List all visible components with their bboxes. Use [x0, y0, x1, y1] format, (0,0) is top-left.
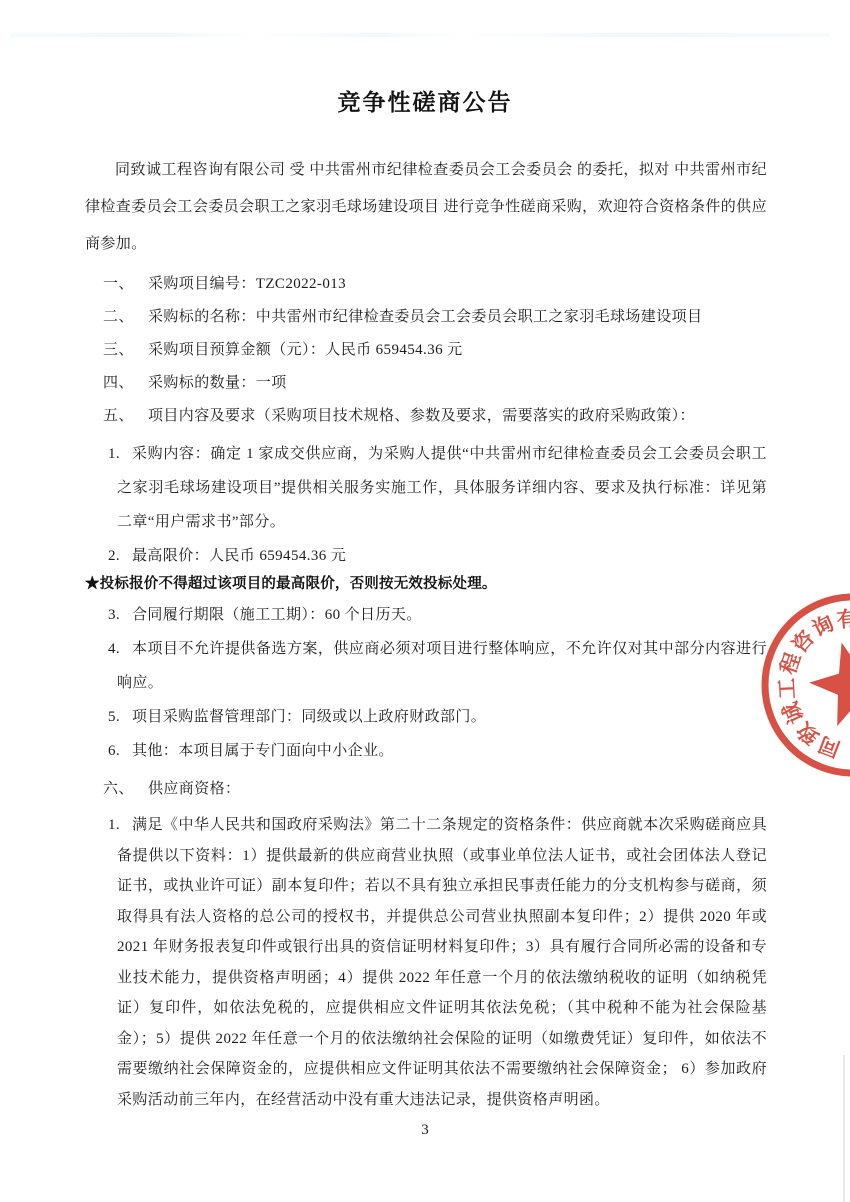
- sub-item-text: 满足《中华人民共和国政府采购法》第二十二条规定的资格条件：供应商就本次采购磋商应…: [117, 817, 767, 1108]
- list-item-label: 六、: [103, 777, 148, 801]
- sub-item-number: 1.: [108, 810, 120, 841]
- svg-text:咨: 咨: [787, 626, 819, 658]
- document-body: 同致诚工程咨询有限公司 受 中共雷州市纪律检查委员会工会委员会 的委托，拟对 中…: [85, 152, 767, 1115]
- list-item: 三、采购项目预算金额（元）：人民币 659454.36 元: [85, 338, 767, 362]
- section5-subitems: 1. 采购内容：确定 1 家成交供应商，为采购人提供“中共雷州市纪律检查委员会工…: [85, 437, 767, 768]
- sub-item: 5. 项目采购监督管理部门：同级或以上政府财政部门。: [85, 700, 767, 734]
- svg-text:有: 有: [836, 606, 850, 632]
- sub-item-text: 本项目不允许提供备选方案，供应商必须对项目进行整体响应，不允许仅对其中部分内容进…: [117, 641, 767, 691]
- sub-item: 4. 本项目不允许提供备选方案，供应商必须对项目进行整体响应，不允许仅对其中部分…: [85, 632, 767, 700]
- svg-text:诚: 诚: [778, 698, 809, 727]
- list-item: 四、采购标的数量：一项: [85, 371, 767, 395]
- seal-star-icon: [801, 632, 850, 731]
- page-title: 竞争性磋商公告: [0, 84, 850, 117]
- bid-warning-note: ★投标报价不得超过该项目的最高限价，否则按无效投标处理。: [85, 574, 767, 594]
- list-item-text: 采购项目编号：TZC2022-013: [148, 276, 346, 292]
- company-seal-graphic: 同致诚工程咨询有限公司: [758, 568, 850, 803]
- sub-item: 1. 满足《中华人民共和国政府采购法》第二十二条规定的资格条件：供应商就本次采购…: [85, 810, 767, 1115]
- sub-item-number: 3.: [108, 598, 120, 632]
- sub-item-number: 1.: [108, 437, 120, 471]
- list-item: 一、采购项目编号：TZC2022-013: [85, 272, 767, 296]
- list-item-label: 一、: [103, 272, 148, 296]
- list-item-text: 供应商资格：: [148, 781, 240, 797]
- list-item: 六、供应商资格：: [85, 777, 767, 801]
- sub-item-number: 5.: [108, 700, 120, 734]
- sub-item: 6. 其他：本项目属于专门面向中小企业。: [85, 734, 767, 768]
- list-item: 五、项目内容及要求（采购项目技术规格、参数及要求，需要落实的政府采购政策）：: [85, 404, 767, 428]
- sub-item: 3. 合同履行期限（施工工期）：60 个日历天。: [85, 598, 767, 632]
- svg-text:程: 程: [776, 650, 806, 678]
- scan-artifact-line: [10, 33, 830, 37]
- list-item-text: 采购项目预算金额（元）：人民币 659454.36 元: [148, 342, 463, 358]
- list-item-label: 五、: [103, 404, 148, 428]
- sub-item-number: 4.: [108, 632, 120, 666]
- seal-ring: [765, 597, 850, 773]
- sub-item-number: 2.: [108, 539, 120, 573]
- list-item-text: 项目内容及要求（采购项目技术规格、参数及要求，需要落实的政府采购政策）：: [148, 408, 695, 424]
- sub-item-text: 最高限价：人民币 659454.36 元: [132, 548, 346, 564]
- sub-item-text: 采购内容：确定 1 家成交供应商，为采购人提供“中共雷州市纪律检查委员会工会委员…: [117, 446, 767, 530]
- page-number: 3: [0, 1122, 850, 1139]
- sub-item-text: 项目采购监督管理部门：同级或以上政府财政部门。: [132, 709, 486, 725]
- svg-text:同: 同: [815, 732, 843, 762]
- sub-item: 2. 最高限价：人民币 659454.36 元: [85, 539, 767, 573]
- list-item-text: 采购标的名称：中共雷州市纪律检查委员会工会委员会职工之家羽毛球场建设项目: [148, 309, 702, 325]
- svg-text:工: 工: [775, 677, 800, 699]
- sub-item-text: 合同履行期限（施工工期）：60 个日历天。: [132, 607, 422, 623]
- intro-paragraph: 同致诚工程咨询有限公司 受 中共雷州市纪律检查委员会工会委员会 的委托，拟对 中…: [85, 152, 767, 263]
- sub-item-text: 其他：本项目属于专门面向中小企业。: [132, 743, 394, 759]
- list-item-text: 采购标的数量：一项: [148, 375, 287, 391]
- sub-item-number: 6.: [108, 734, 120, 768]
- svg-text:致: 致: [792, 717, 824, 749]
- document-page: 竞争性磋商公告 同致诚工程咨询有限公司 受 中共雷州市纪律检查委员会工会委员会 …: [0, 0, 850, 1202]
- svg-text:询: 询: [808, 611, 838, 642]
- list-item-label: 三、: [103, 338, 148, 362]
- list-item-label: 四、: [103, 371, 148, 395]
- sub-item: 1. 采购内容：确定 1 家成交供应商，为采购人提供“中共雷州市纪律检查委员会工…: [85, 437, 767, 539]
- list-item: 二、采购标的名称：中共雷州市纪律检查委员会工会委员会职工之家羽毛球场建设项目: [85, 305, 767, 329]
- section6-subitems: 1. 满足《中华人民共和国政府采购法》第二十二条规定的资格条件：供应商就本次采购…: [85, 810, 767, 1115]
- numbered-section-list: 一、采购项目编号：TZC2022-013 二、采购标的名称：中共雷州市纪律检查委…: [85, 272, 767, 428]
- company-seal: 同致诚工程咨询有限公司: [758, 568, 850, 803]
- list-item-label: 二、: [103, 305, 148, 329]
- seal-circular-text: 同致诚工程咨询有限公司: [775, 606, 850, 761]
